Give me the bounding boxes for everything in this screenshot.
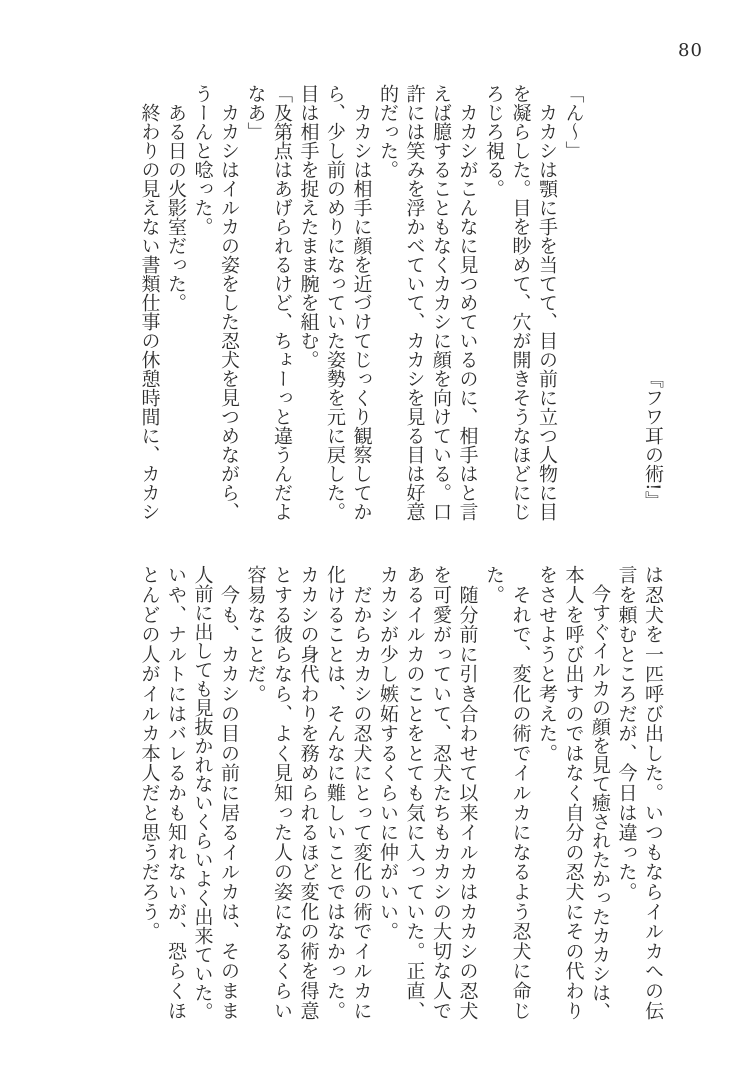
text-line: ろじろ視る。 <box>481 84 508 521</box>
text-line: 的だった。 <box>375 84 402 521</box>
text-line: カカシの身代わりを務められるほど変化の術を得意 <box>295 565 322 1025</box>
text-line: あるイルカのことをとても気に入っていた。正直、 <box>401 565 428 1025</box>
text-line: えば臆することもなくカカシに顔を向けている。口 <box>428 84 455 521</box>
text-line: とんどの人がイルカ本人だと思うだろう。 <box>136 565 163 1025</box>
novel-page: 80 『フワ耳の術!』 「ん〜」 カカシは顎に手を当てて、目の前に立つ人物に目を… <box>0 0 750 1067</box>
text-line: ら、少し前のめりになっていた姿勢を元に戻した。 <box>322 84 349 521</box>
text-line: カカシは相手に顔を近づけてじっくり観察してか <box>348 84 375 521</box>
text-line: 終わりの見えない書類仕事の休憩時間に、カカシ <box>136 84 163 521</box>
upper-text-block: 『フワ耳の術!』 「ん〜」 カカシは顎に手を当てて、目の前に立つ人物に目を凝らし… <box>136 84 666 521</box>
text-line: た。 <box>481 565 508 1025</box>
text-line: 「及第点はあげられるけど、ちょーっと違うんだよ <box>269 84 296 521</box>
text-line: 人前に出しても見抜かれないくらいよく出来ていた。 <box>189 565 216 1025</box>
text-line: カカシがこんなに見つめているのに、相手はと言 <box>454 84 481 521</box>
text-line: ある日の火影室だった。 <box>163 84 190 521</box>
text-line: 今も、カカシの目の前に居るイルカは、そのまま <box>216 565 243 1025</box>
text-line: だからカカシの忍犬にとって変化の術でイルカに <box>348 565 375 1025</box>
text-line: 容易なことだ。 <box>242 565 269 1025</box>
text-line: 「ん〜」 <box>560 84 587 521</box>
text-line: なあ」 <box>242 84 269 521</box>
text-line: カカシが少し嫉妬するくらいに仲がいい。 <box>375 565 402 1025</box>
text-line: それで、変化の術でイルカになるよう忍犬に命じ <box>507 565 534 1025</box>
text-line: いや、ナルトにはバレるかも知れないが、恐らくほ <box>163 565 190 1025</box>
text-line: 化けることは、そんなに難しいことではなかった。 <box>322 565 349 1025</box>
text-line: 随分前に引き合わせて以来イルカはカカシの忍犬 <box>454 565 481 1025</box>
lower-text-block: は忍犬を一匹呼び出した。いつもならイルカへの伝言を頼むところだが、今日は違った。… <box>136 565 666 1025</box>
text-line: カカシはイルカの姿をした忍犬を見つめながら、 <box>216 84 243 521</box>
text-line: とする彼らなら、よく見知った人の姿になるくらい <box>269 565 296 1025</box>
text-line: 言を頼むところだが、今日は違った。 <box>613 565 640 1025</box>
page-number: 80 <box>678 40 703 61</box>
text-line: 目は相手を捉えたまま腕を組む。 <box>295 84 322 521</box>
text-line: 本人を呼び出すのではなく自分の忍犬にその代わり <box>560 565 587 1025</box>
text-line: を凝らした。目を眇めて、穴が開きそうなほどにじ <box>507 84 534 521</box>
text-line: 許には笑みを浮かべていて、カカシを見る目は好意 <box>401 84 428 521</box>
text-line: を可愛がっていて、忍犬たちもカカシの大切な人で <box>428 565 455 1025</box>
text-line: 今すぐイルカの顔を見て癒されたかったカカシは、 <box>587 565 614 1025</box>
text-line: をさせようと考えた。 <box>534 565 561 1025</box>
chapter-title: 『フワ耳の術!』 <box>640 84 667 521</box>
text-line: は忍犬を一匹呼び出した。いつもならイルカへの伝 <box>640 565 667 1025</box>
text-line: うーんと唸った。 <box>189 84 216 521</box>
text-line: カカシは顎に手を当てて、目の前に立つ人物に目 <box>534 84 561 521</box>
